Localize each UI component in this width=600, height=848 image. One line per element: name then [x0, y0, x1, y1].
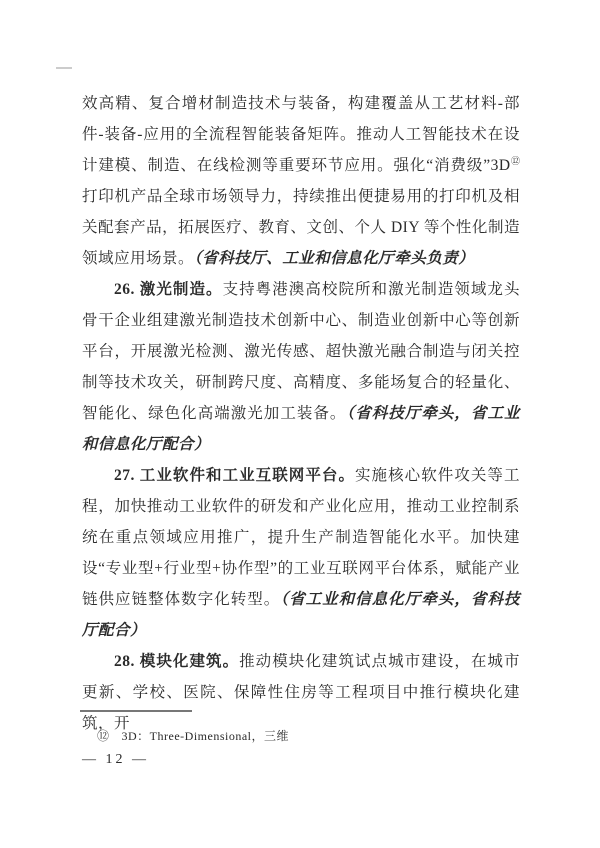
text-run-normal: 实施核心软件攻关等工程，加快推动工业软件的研发和产业化应用，推动工业控制系统在重…	[82, 467, 520, 608]
text-run-bold: 27. 工业软件和工业互联网平台。	[114, 467, 355, 484]
page-number: — 12 —	[82, 752, 149, 768]
footnote-separator	[80, 710, 192, 712]
text-run-bold: 28. 模块化建筑。	[114, 653, 239, 670]
item-27-industrial-software: 27. 工业软件和工业互联网平台。实施核心软件攻关等工程，加快推动工业软件的研发…	[82, 460, 520, 646]
document-page: 效高精、复合增材制造技术与装备，构建覆盖从工艺材料-部件-装备-应用的全流程智能…	[0, 0, 600, 848]
text-run-bold: 26. 激光制造。	[114, 281, 223, 298]
item-26-laser-manufacturing: 26. 激光制造。支持粤港澳高校院所和激光制造领域龙头骨干企业组建激光制造技术创…	[82, 274, 520, 460]
footnote-marker: ⑫	[97, 729, 110, 743]
item-28-modular-construction: 28. 模块化建筑。推动模块化建筑试点城市建设，在城市更新、学校、医院、保障性住…	[82, 646, 520, 739]
document-body: 效高精、复合增材制造技术与装备，构建覆盖从工艺材料-部件-装备-应用的全流程智能…	[82, 88, 520, 739]
text-run-normal: 效高精、复合增材制造技术与装备，构建覆盖从工艺材料-部件-装备-应用的全流程智能…	[82, 95, 520, 174]
text-run-normal: 支持粤港澳高校院所和激光制造领域龙头骨干企业组建激光制造技术创新中心、制造业创新…	[82, 281, 520, 422]
scan-artifact-dash	[56, 67, 72, 69]
text-run-sup: ⑫	[511, 156, 520, 166]
item-25-continuation: 效高精、复合增材制造技术与装备，构建覆盖从工艺材料-部件-装备-应用的全流程智能…	[82, 88, 520, 274]
footnote: ⑫3D：Three-Dimensional，三维	[97, 727, 289, 744]
text-run-kai: （省科技厅、工业和信息化厅牵头负责）	[194, 250, 474, 267]
footnote-text: 3D：Three-Dimensional，三维	[122, 729, 289, 743]
